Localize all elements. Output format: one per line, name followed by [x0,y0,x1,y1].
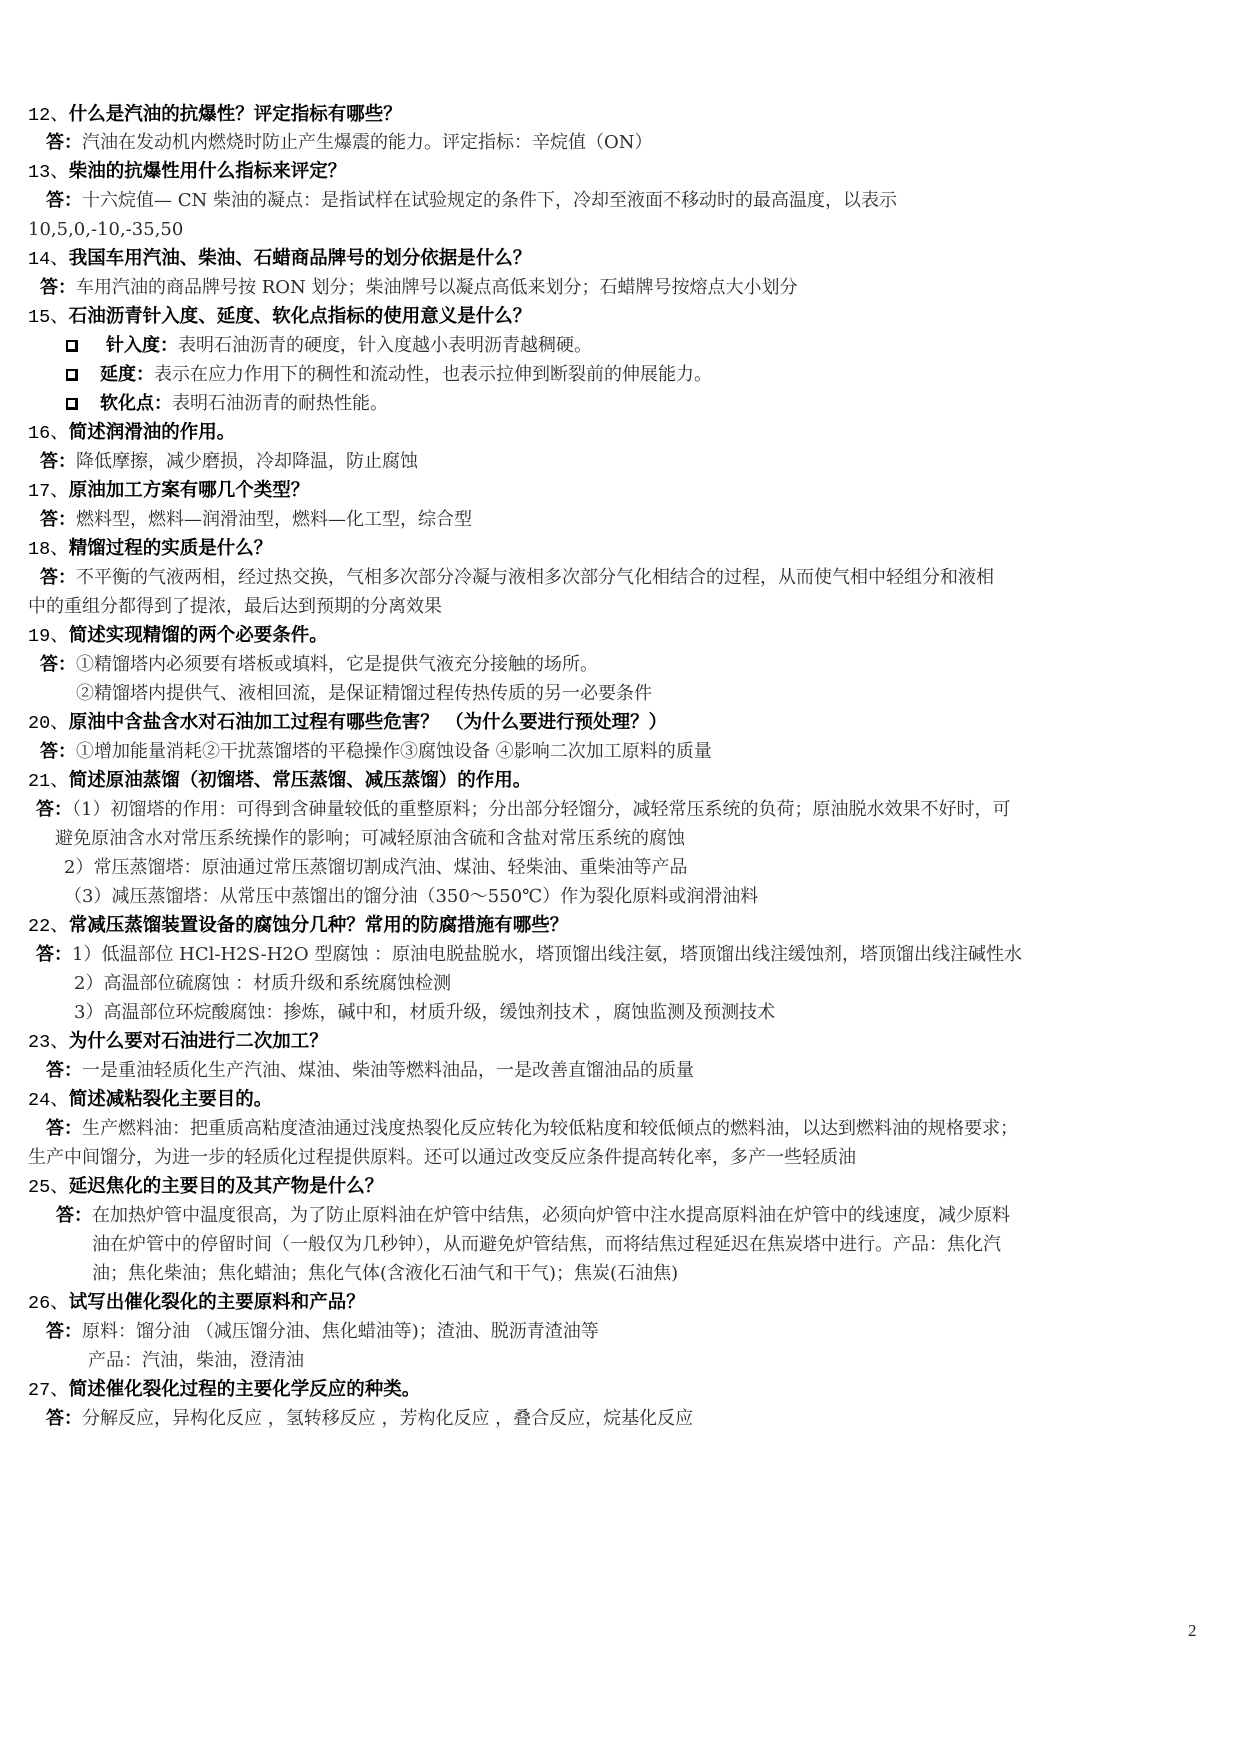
answer-17: 答：燃料型，燃料—润滑油型，燃料—化工型，综合型 [40,507,472,533]
question-number: 27、 [28,1380,69,1401]
answer-13-line-2: 10,5,0,-10,-35,50 [28,217,183,243]
question-21: 21、简述原油蒸馏（初馏塔、常压蒸馏、减压蒸馏）的作用。 [28,768,531,794]
answer-text: ②精馏塔内提供气、液相回流，是保证精馏过程传热传质的另一必要条件 [76,683,652,704]
answer-text: 降低摩擦，减少磨损，冷却降温，防止腐蚀 [76,451,418,472]
question-number: 14、 [28,249,69,270]
answer-label: 答： [46,190,82,211]
answer-text: 10,5,0,-10,-35,50 [28,219,183,240]
question-number: 22、 [28,916,69,937]
question-12: 12、什么是汽油的抗爆性？评定指标有哪些？ [28,102,402,128]
answer-text: 不平衡的气液两相，经过热交换，气相多次部分冷凝与液相多次部分气化相结合的过程，从… [76,567,994,588]
question-number: 16、 [28,423,69,444]
answer-label: 答： [40,654,76,675]
question-number: 18、 [28,539,69,560]
answer-24: 答：生产燃料油：把重质高粘度渣油通过浅度热裂化反应转化为较低粘度和较低倾点的燃料… [46,1116,1018,1142]
answer-21-line-4: （3）减压蒸馏塔：从常压中蒸馏出的馏分油（350～550℃）作为裂化原料或润滑油… [64,884,758,910]
question-text: 延迟焦化的主要目的及其产物是什么？ [69,1176,384,1197]
answer-label: 答： [36,799,72,820]
question-text: 简述减粘裂化主要目的。 [69,1089,273,1110]
answer-21: 答：（1）初馏塔的作用：可得到含砷量较低的重整原料；分出部分轻馏分，减轻常压系统… [36,797,1010,823]
question-text: 原油加工方案有哪几个类型？ [69,480,310,501]
answer-13: 答：十六烷值— CN 柴油的凝点：是指试样在试验规定的条件下，冷却至液面不移动时… [46,188,897,214]
question-15: 15、石油沥青针入度、延度、软化点指标的使用意义是什么？ [28,304,531,330]
question-text: 试写出催化裂化的主要原料和产品？ [69,1292,365,1313]
answer-26: 答：原料：馏分油 （减压馏分油、焦化蜡油等)；渣油、脱沥青渣油等 [46,1319,599,1345]
bullet-penetration: 针入度：表明石油沥青的硬度，针入度越小表明沥青越稠硬。 [66,333,592,359]
question-number: 21、 [28,771,69,792]
answer-24-line-2: 生产中间馏分，为进一步的轻质化过程提供原料。还可以通过改变反应条件提高转化率，多… [28,1145,856,1171]
checkbox-bullet-icon [66,398,78,410]
answer-text: 油在炉管中的停留时间（一般仅为几秒钟），从而避免炉管结焦，而将结焦过程延迟在焦炭… [92,1234,1001,1255]
page-number: 2 [1188,1621,1197,1641]
answer-text: 燃料型，燃料—润滑油型，燃料—化工型，综合型 [76,509,472,530]
question-20: 20、原油中含盐含水对石油加工过程有哪些危害？ （为什么要进行预处理？） [28,710,667,736]
answer-text: （3）减压蒸馏塔：从常压中蒸馏出的馏分油（350～550℃）作为裂化原料或润滑油… [64,886,758,907]
question-text: 石油沥青针入度、延度、软化点指标的使用意义是什么？ [69,306,532,327]
answer-21-line-3: 2）常压蒸馏塔：原油通过常压蒸馏切割成汽油、煤油、轻柴油、重柴油等产品 [64,855,687,881]
checkbox-bullet-icon [66,340,78,352]
question-22: 22、常减压蒸馏装置设备的腐蚀分几种？常用的防腐措施有哪些？ [28,913,568,939]
answer-20: 答：①增加能量消耗②干扰蒸馏塔的平稳操作③腐蚀设备 ④影响二次加工原料的质量 [40,739,712,765]
answer-26-line-2: 产品：汽油，柴油，澄清油 [88,1348,304,1374]
question-13: 13、柴油的抗爆性用什么指标来评定？ [28,159,346,185]
bullet-softening-point: 软化点：表明石油沥青的耐热性能。 [66,391,388,417]
answer-text: 十六烷值— CN 柴油的凝点：是指试样在试验规定的条件下，冷却至液面不移动时的最… [82,190,897,211]
question-text: 原油中含盐含水对石油加工过程有哪些危害？ （为什么要进行预处理？） [69,712,667,733]
answer-label: 答： [46,132,82,153]
answer-label: 答： [40,509,76,530]
question-25: 25、延迟焦化的主要目的及其产物是什么？ [28,1174,383,1200]
answer-label: 答： [46,1060,82,1081]
question-number: 17、 [28,481,69,502]
answer-text: 一是重油轻质化生产汽油、煤油、柴油等燃料油品，一是改善直馏油品的质量 [82,1060,694,1081]
answer-text: 原料：馏分油 （减压馏分油、焦化蜡油等)；渣油、脱沥青渣油等 [82,1321,599,1342]
answer-label: 答： [46,1118,82,1139]
answer-text: 3）高温部位环烷酸腐蚀：掺炼，碱中和，材质升级，缓蚀剂技术 ，腐蚀监测及预测技术 [74,1002,775,1023]
question-text: 简述实现精馏的两个必要条件。 [69,625,328,646]
answer-18: 答：不平衡的气液两相，经过热交换，气相多次部分冷凝与液相多次部分气化相结合的过程… [40,565,994,591]
question-19: 19、简述实现精馏的两个必要条件。 [28,623,328,649]
answer-text: 生产燃料油：把重质高粘度渣油通过浅度热裂化反应转化为较低粘度和较低倾点的燃料油，… [82,1118,1018,1139]
answer-22-line-3: 3）高温部位环烷酸腐蚀：掺炼，碱中和，材质升级，缓蚀剂技术 ，腐蚀监测及预测技术 [74,1000,775,1026]
question-14: 14、我国车用汽油、柴油、石蜡商品牌号的划分依据是什么？ [28,246,531,272]
question-number: 26、 [28,1293,69,1314]
question-24: 24、简述减粘裂化主要目的。 [28,1087,272,1113]
answer-27: 答：分解反应，异构化反应 ，氢转移反应 ，芳构化反应 ，叠合反应，烷基化反应 [46,1406,693,1432]
answer-21-line-2: 避免原油含水对常压系统操作的影响；可减轻原油含硫和含盐对常压系统的腐蚀 [55,826,685,852]
answer-label: 答： [40,277,76,298]
answer-19: 答：①精馏塔内必须要有塔板或填料，它是提供气液充分接触的场所。 [40,652,598,678]
answer-25-line-2: 油在炉管中的停留时间（一般仅为几秒钟），从而避免炉管结焦，而将结焦过程延迟在焦炭… [92,1232,1001,1258]
answer-text: 中的重组分都得到了提浓，最后达到预期的分离效果 [28,596,442,617]
question-text: 简述催化裂化过程的主要化学反应的种类。 [69,1379,421,1400]
question-text: 为什么要对石油进行二次加工？ [69,1031,328,1052]
question-text: 我国车用汽油、柴油、石蜡商品牌号的划分依据是什么？ [69,248,532,269]
bullet-term: 针入度： [106,335,178,356]
question-number: 12、 [28,105,69,126]
answer-text: 生产中间馏分，为进一步的轻质化过程提供原料。还可以通过改变反应条件提高转化率，多… [28,1147,856,1168]
answer-text: 油；焦化柴油；焦化蜡油；焦化气体(含液化石油气和干气)；焦炭(石油焦) [92,1263,678,1284]
question-number: 24、 [28,1090,69,1111]
question-text: 什么是汽油的抗爆性？评定指标有哪些？ [69,104,402,125]
question-text: 柴油的抗爆性用什么指标来评定？ [69,161,347,182]
answer-text: 分解反应，异构化反应 ，氢转移反应 ，芳构化反应 ，叠合反应，烷基化反应 [82,1408,693,1429]
question-text: 常减压蒸馏装置设备的腐蚀分几种？常用的防腐措施有哪些？ [69,915,569,936]
answer-label: 答： [56,1205,92,1226]
question-text: 简述原油蒸馏（初馏塔、常压蒸馏、减压蒸馏）的作用。 [69,770,532,791]
answer-22-line-2: 2）高温部位硫腐蚀 ：材质升级和系统腐蚀检测 [74,971,451,997]
answer-label: 答： [40,741,76,762]
answer-text: 汽油在发动机内燃烧时防止产生爆震的能力。评定指标：辛烷值（ON） [82,132,653,153]
bullet-term: 软化点： [100,393,172,414]
answer-23: 答：一是重油轻质化生产汽油、煤油、柴油等燃料油品，一是改善直馏油品的质量 [46,1058,694,1084]
answer-text: ①增加能量消耗②干扰蒸馏塔的平稳操作③腐蚀设备 ④影响二次加工原料的质量 [76,741,712,762]
bullet-text: 表示在应力作用下的稠性和流动性，也表示拉伸到断裂前的伸展能力。 [154,364,712,385]
question-16: 16、简述润滑油的作用。 [28,420,235,446]
bullet-text: 表明石油沥青的硬度，针入度越小表明沥青越稠硬。 [178,335,592,356]
answer-text: 避免原油含水对常压系统操作的影响；可减轻原油含硫和含盐对常压系统的腐蚀 [55,828,685,849]
answer-18-line-2: 中的重组分都得到了提浓，最后达到预期的分离效果 [28,594,442,620]
answer-text: 2）常压蒸馏塔：原油通过常压蒸馏切割成汽油、煤油、轻柴油、重柴油等产品 [64,857,687,878]
question-text: 简述润滑油的作用。 [69,422,236,443]
question-27: 27、简述催化裂化过程的主要化学反应的种类。 [28,1377,420,1403]
answer-12: 答：汽油在发动机内燃烧时防止产生爆震的能力。评定指标：辛烷值（ON） [46,130,653,156]
answer-text: 车用汽油的商品牌号按 RON 划分；柴油牌号以凝点高低来划分；石蜡牌号按熔点大小… [76,277,798,298]
question-number: 25、 [28,1177,69,1198]
question-number: 20、 [28,713,69,734]
answer-text: 2）高温部位硫腐蚀 ：材质升级和系统腐蚀检测 [74,973,451,994]
answer-14: 答：车用汽油的商品牌号按 RON 划分；柴油牌号以凝点高低来划分；石蜡牌号按熔点… [40,275,798,301]
question-17: 17、原油加工方案有哪几个类型？ [28,478,309,504]
question-number: 13、 [28,162,69,183]
document-page: 12、什么是汽油的抗爆性？评定指标有哪些？ 答：汽油在发动机内燃烧时防止产生爆震… [0,0,1241,1754]
checkbox-bullet-icon [66,369,78,381]
question-number: 23、 [28,1032,69,1053]
answer-25: 答：在加热炉管中温度很高，为了防止原料油在炉管中结焦，必须向炉管中注水提高原料油… [56,1203,1010,1229]
answer-25-line-3: 油；焦化柴油；焦化蜡油；焦化气体(含液化石油气和干气)；焦炭(石油焦) [92,1261,678,1287]
question-18: 18、精馏过程的实质是什么？ [28,536,272,562]
answer-label: 答： [40,451,76,472]
answer-text: 1）低温部位 HCl-H2S-H2O 型腐蚀 ：原油电脱盐脱水，塔顶馏出线注氨，… [72,944,1022,965]
answer-text: 产品：汽油，柴油，澄清油 [88,1350,304,1371]
answer-label: 答： [36,944,72,965]
question-text: 精馏过程的实质是什么？ [69,538,273,559]
question-number: 19、 [28,626,69,647]
question-23: 23、为什么要对石油进行二次加工？ [28,1029,328,1055]
answer-text: 在加热炉管中温度很高，为了防止原料油在炉管中结焦，必须向炉管中注水提高原料油在炉… [92,1205,1010,1226]
answer-text: ①精馏塔内必须要有塔板或填料，它是提供气液充分接触的场所。 [76,654,598,675]
bullet-ductility: 延度：表示在应力作用下的稠性和流动性，也表示拉伸到断裂前的伸展能力。 [66,362,712,388]
answer-text: （1）初馏塔的作用：可得到含砷量较低的重整原料；分出部分轻馏分，减轻常压系统的负… [72,799,1010,820]
answer-label: 答： [46,1321,82,1342]
question-26: 26、试写出催化裂化的主要原料和产品？ [28,1290,365,1316]
answer-label: 答： [46,1408,82,1429]
answer-16: 答：降低摩擦，减少磨损，冷却降温，防止腐蚀 [40,449,418,475]
bullet-text: 表明石油沥青的耐热性能。 [172,393,388,414]
question-number: 15、 [28,307,69,328]
answer-22: 答：1）低温部位 HCl-H2S-H2O 型腐蚀 ：原油电脱盐脱水，塔顶馏出线注… [36,942,1022,968]
answer-label: 答： [40,567,76,588]
answer-19-line-2: ②精馏塔内提供气、液相回流，是保证精馏过程传热传质的另一必要条件 [76,681,652,707]
bullet-term: 延度： [100,364,154,385]
